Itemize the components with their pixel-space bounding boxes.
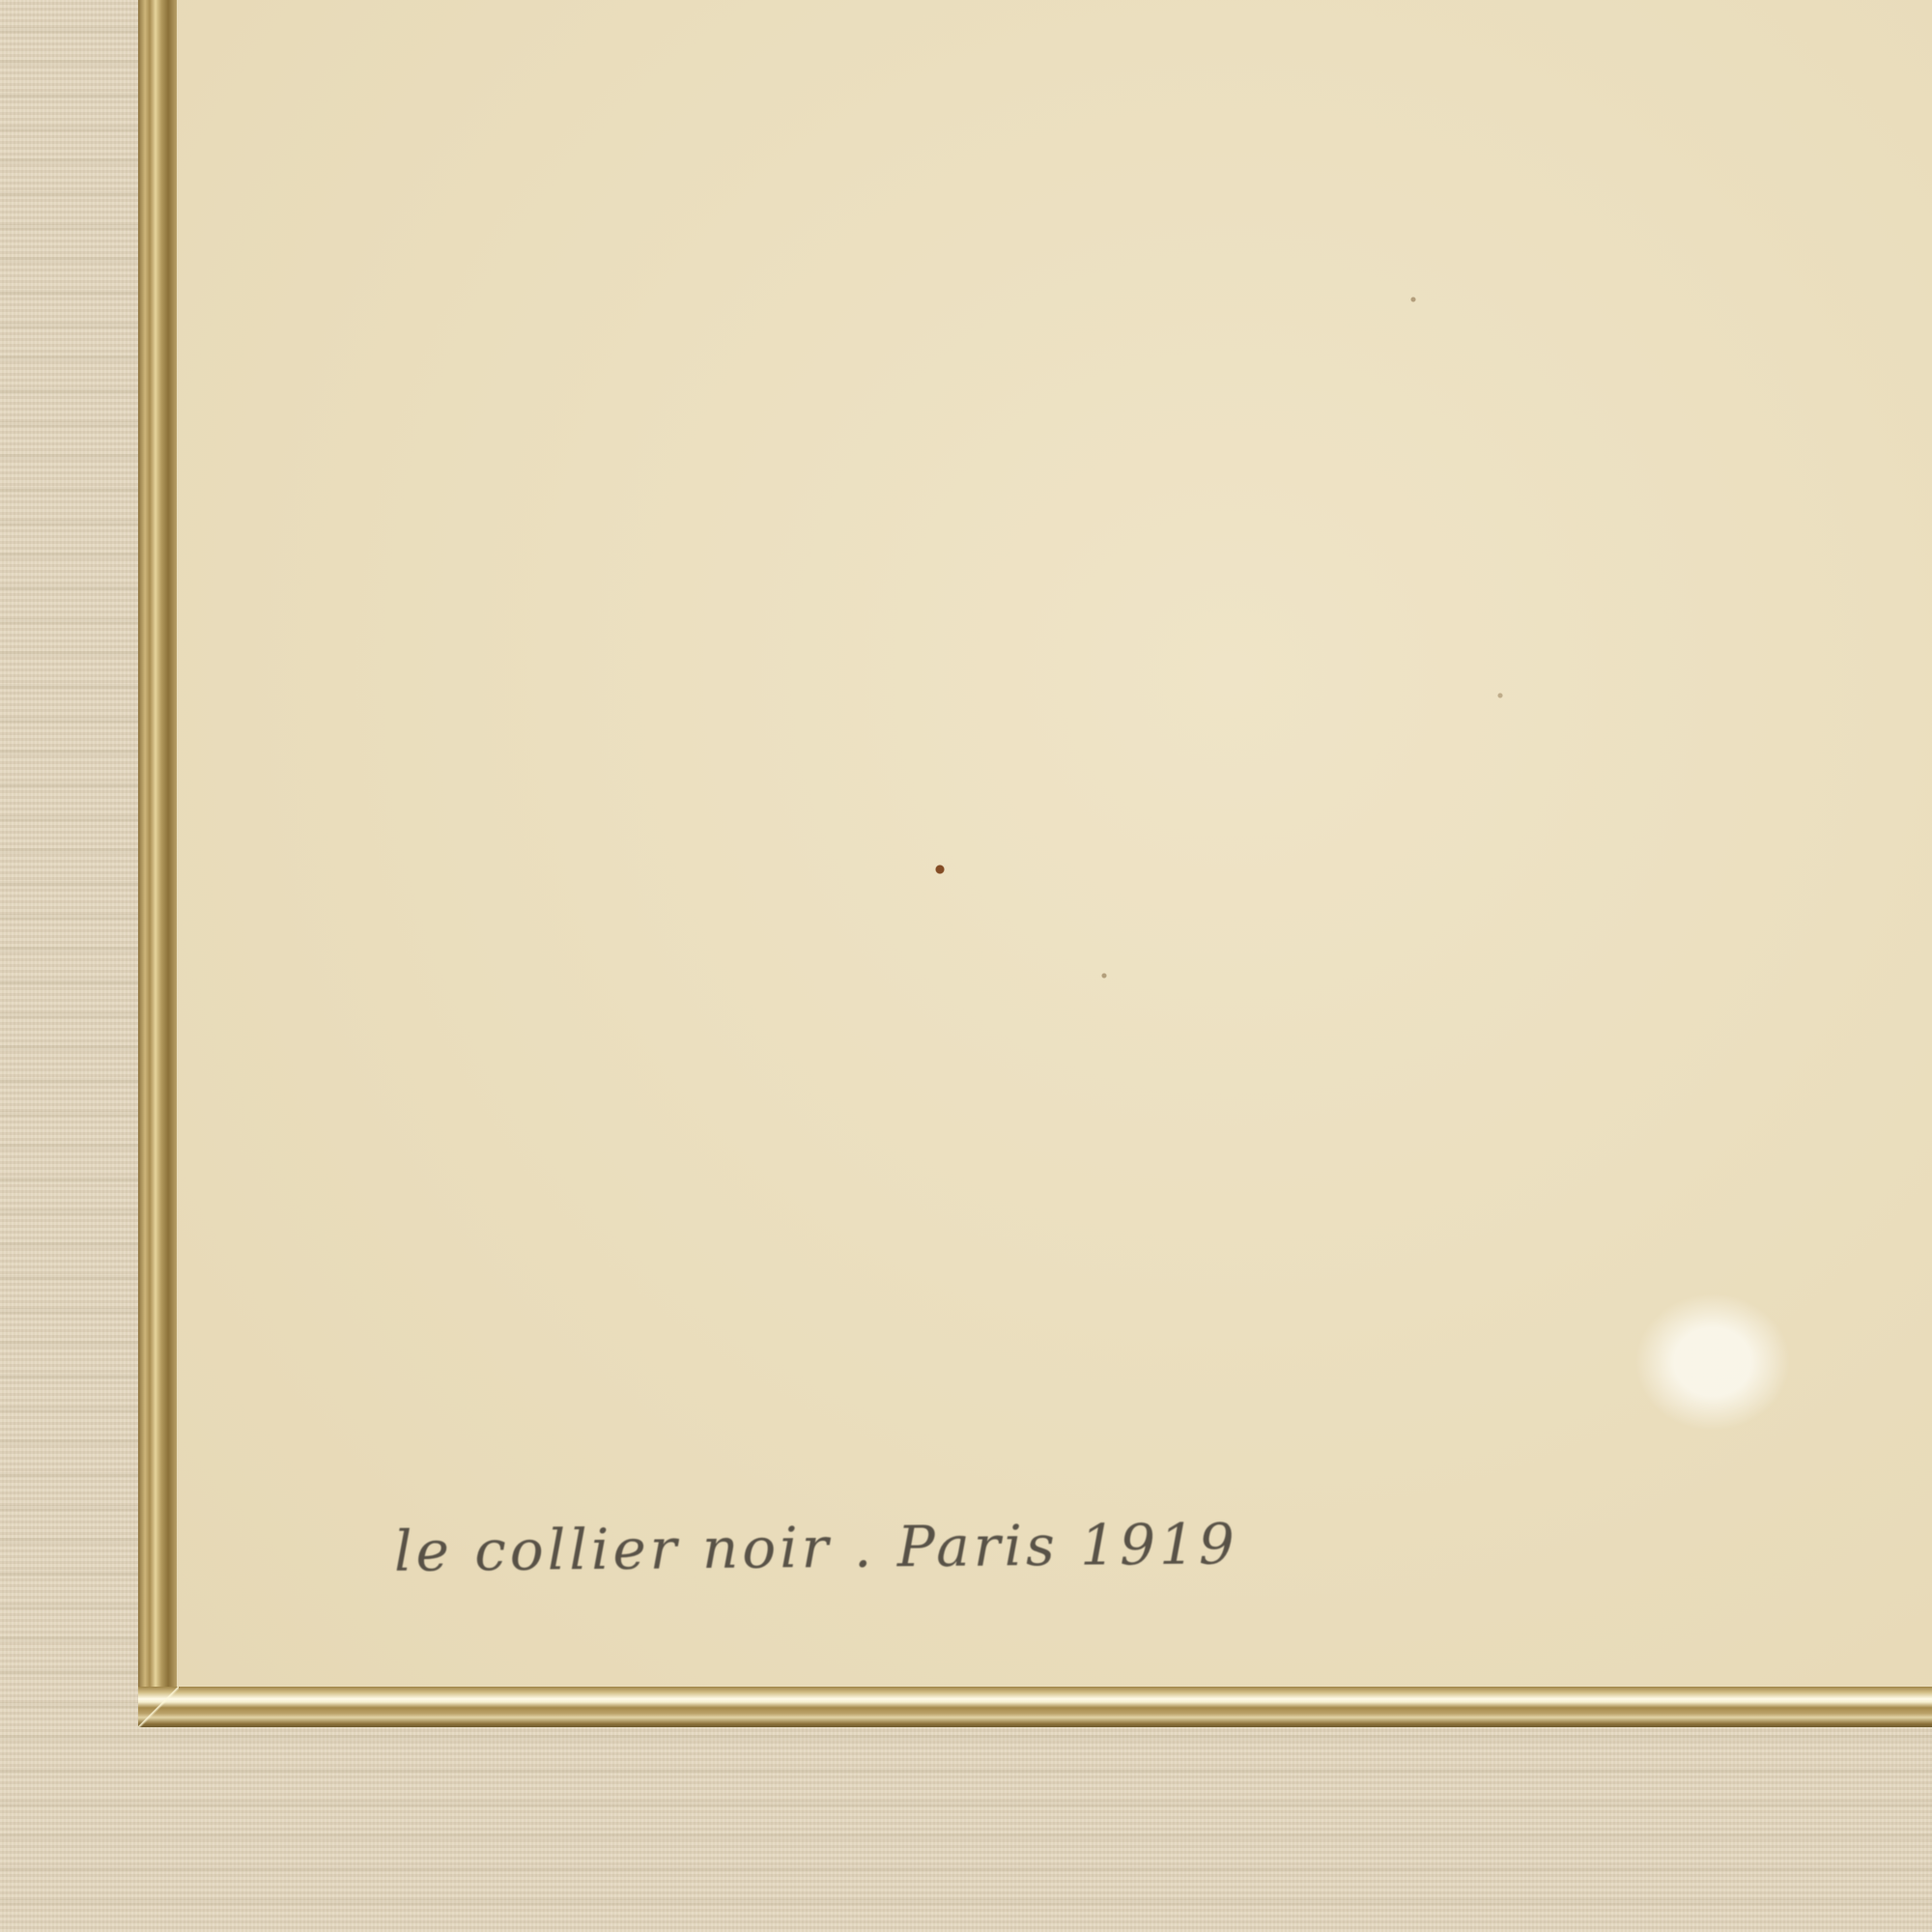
drawing-paper: le collier noir . Paris 1919 [177,0,1932,1687]
frame-bottom-edge [138,1687,1932,1727]
frame-left-edge [138,0,177,1725]
frame-corner-miter [138,1687,179,1727]
handwritten-inscription: le collier noir . Paris 1919 [394,1511,1238,1584]
